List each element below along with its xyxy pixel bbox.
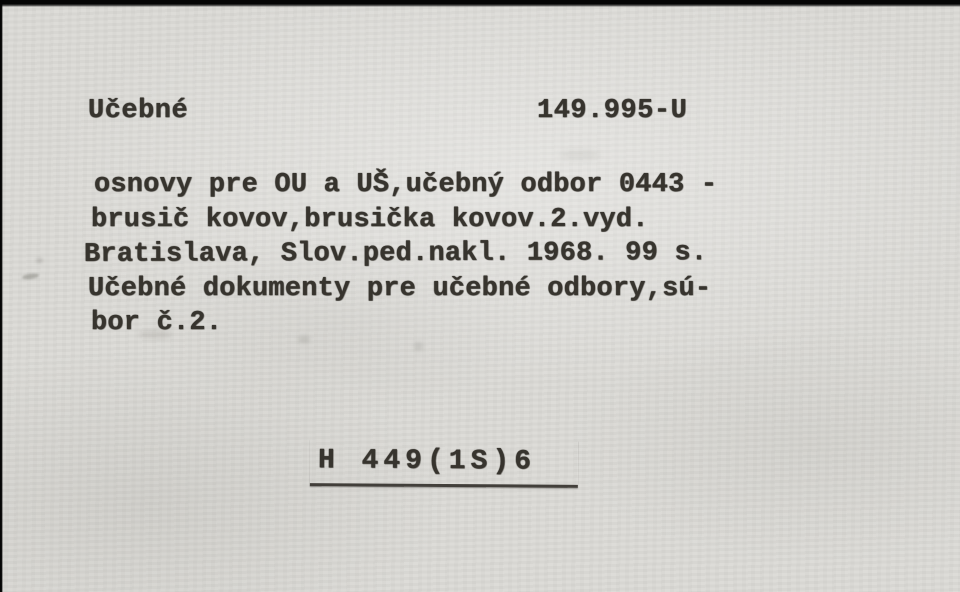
body-line-1: osnovy pre OU a UŠ,učebný odbor 0443 - [94, 168, 717, 203]
body-line-4: Učebné dokumenty pre učebné odbory,sú- [88, 272, 711, 307]
call-number: H 449(1S)6 [310, 439, 578, 488]
card-body: osnovy pre OU a UŠ,učebný odbor 0443 - b… [90, 168, 713, 341]
body-line-2: brusič kovov,brusička kovov.2.vyd. [91, 203, 714, 238]
card-heading: Učebné [88, 94, 188, 128]
paper-stain [560, 150, 600, 160]
scan-edge-left [0, 0, 3, 592]
scan-edge-top [0, 0, 960, 7]
paper-stain [414, 342, 423, 351]
accession-number: 149.995-U [537, 94, 687, 128]
body-line-3: Bratislava, Slov.ped.nakl. 1968. 99 s. [84, 236, 707, 272]
ink-smudge [36, 258, 43, 263]
scanned-catalog-card: Učebné 149.995-U osnovy pre OU a UŠ,učeb… [0, 0, 960, 592]
body-line-5: bor č.2. [91, 306, 714, 341]
ink-smudge [22, 273, 40, 280]
